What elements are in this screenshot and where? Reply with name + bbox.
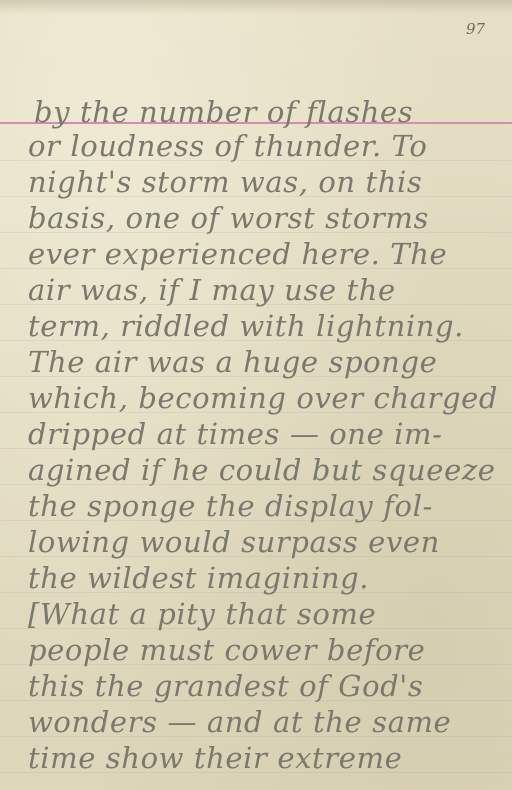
text-line: night's storm was, on this [28,168,422,197]
text-line: The air was a huge sponge [28,348,437,377]
text-line: air was, if I may use the [28,276,396,305]
text-line: wonders — and at the same [28,708,451,737]
text-line: or loudness of thunder. To [28,132,427,161]
text-line: people must cower before [28,636,425,665]
text-line: basis, one of worst storms [28,204,429,233]
text-line: [What a pity that some [28,600,376,629]
notebook-page: 97 by the number of flashes or loudness … [0,0,512,790]
text-line: this the grandest of God's [28,672,423,701]
page-edge-shadow [0,0,512,14]
text-line: which, becoming over charged [28,384,498,413]
text-line: agined if he could but squeeze [28,456,495,485]
text-line: term, riddled with lightning. [28,312,464,341]
text-line: by the number of flashes [34,98,413,127]
text-line: dripped at times — one im- [28,420,443,449]
text-line: lowing would surpass even [28,528,440,557]
text-line: ever experienced here. The [28,240,447,269]
page-number: 97 [466,20,485,38]
text-line: the sponge the display fol- [28,492,433,521]
text-line: the wildest imagining. [28,564,369,593]
text-line: time show their extreme [28,744,402,773]
